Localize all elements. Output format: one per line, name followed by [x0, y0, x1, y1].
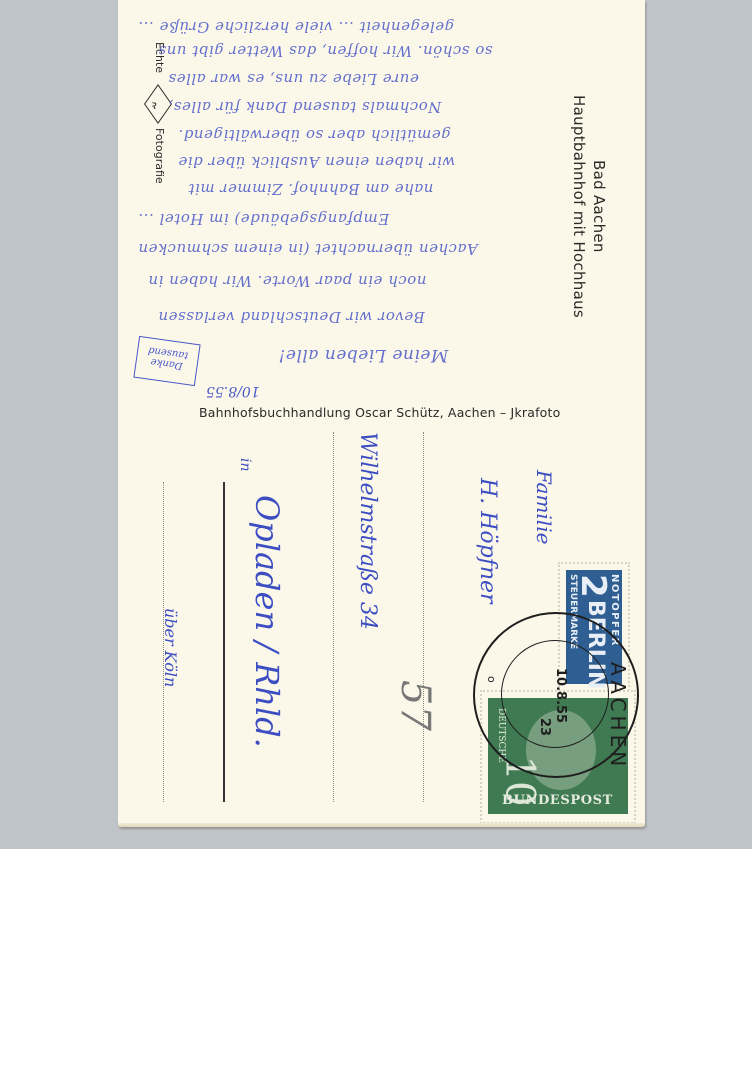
address-line-5: über Köln: [161, 608, 180, 687]
photo-label-fotografie: Fotografie: [153, 128, 166, 184]
address-rule: [333, 432, 334, 802]
boxed-note: Danke tausend: [133, 336, 200, 386]
publisher-line: Bahnhofsbuchhandlung Oscar Schütz, Aache…: [199, 405, 560, 420]
caption-title: Bad Aachen: [590, 160, 608, 253]
message-line: Bevor wir Deutschland verlassen: [158, 308, 425, 326]
message-greeting: Meine Lieben alle!: [278, 345, 448, 365]
postmark-date: 10.8.55: [553, 668, 568, 723]
address-line-1: Familie: [532, 470, 556, 544]
stamp-bottom-text: BUNDESPOST: [502, 793, 613, 808]
pencil-note: 57: [392, 680, 438, 731]
address-city: Opladen / Rhld.: [248, 495, 286, 748]
postmark-time: 23: [537, 718, 552, 736]
message-line: Aachen übernachtet (in einem schmucken: [138, 240, 478, 258]
message-line: nahe am Bahnhof. Zimmer mit: [188, 180, 433, 198]
message-line: so schön. Wir hoffen, das Wetter gibt un…: [158, 42, 493, 60]
message-line: Nochmals tausend Dank für alles,: [168, 98, 441, 116]
message-line: noch ein paar Worte. Wir haben in: [148, 272, 426, 290]
postcard: Echte ꝛ Fotografie Bad Aachen Hauptbahnh…: [118, 0, 645, 827]
address-line-2: H. Höpfner: [475, 478, 500, 604]
address-line-prefix: in: [237, 458, 253, 472]
postmark-code: o: [485, 676, 498, 683]
message-date: 10/8.55: [206, 383, 260, 399]
message-line: wir haben einen Ausblick über die: [178, 153, 455, 171]
message-line: gemütlich aber so überwältigend.: [178, 126, 451, 144]
message-line: Empfangsgebäude) im Hotel ...: [138, 210, 389, 228]
postmark-city: AACHEN: [606, 662, 630, 770]
address-rule: [423, 432, 424, 802]
address-line-3: Wilhelmstraße 34: [355, 432, 380, 630]
address-rule-solid: [223, 482, 225, 802]
caption-subtitle: Hauptbahnhof mit Hochhaus: [570, 95, 588, 318]
photo-brand-signature-icon: ꝛ: [150, 96, 156, 113]
stamp-value: 2: [576, 574, 610, 598]
message-line: gelegenheit ... viele herzliche Grüße ..…: [138, 18, 454, 36]
message-line: eure Liebe zu uns, es war alles: [168, 70, 419, 88]
